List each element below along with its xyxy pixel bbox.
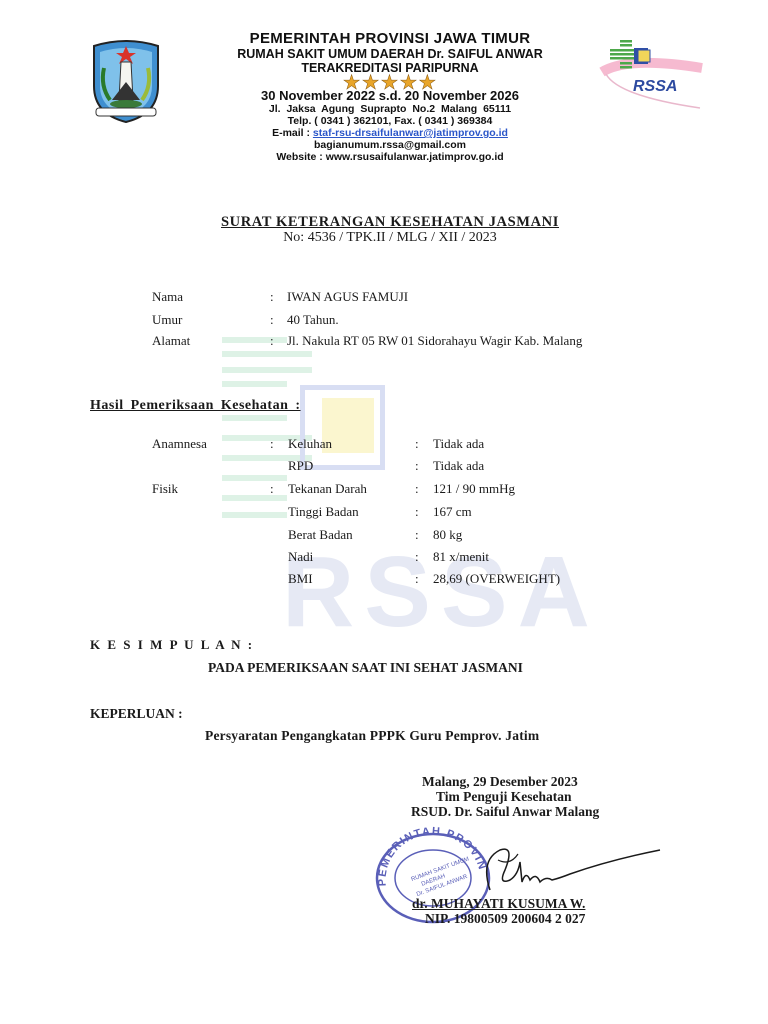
exam-item: Nadi [288,549,313,565]
header-accreditation-period: 30 November 2022 s.d. 20 November 2026 [200,88,580,103]
exam-group: Fisik [152,481,178,497]
identity-sep: : [270,312,274,328]
conclusion-text: PADA PEMERIKSAAN SAAT INI SEHAT JASMANI [208,660,523,676]
identity-label: Umur [152,312,182,328]
exam-value: Tidak ada [433,458,484,474]
identity-value: IWAN AGUS FAMUJI [287,289,408,305]
conclusion-heading: K E S I M P U L A N : [90,637,254,653]
header-phone: Telp. ( 0341 ) 362101, Fax. ( 0341 ) 369… [200,115,580,127]
watermark-stripe [222,475,287,481]
email-label: E-mail : [272,127,313,139]
signature-institution: RSUD. Dr. Saiful Anwar Malang [411,804,599,820]
exam-item: Tinggi Badan [288,504,359,520]
header-hospital: RUMAH SAKIT UMUM DAERAH Dr. SAIFUL ANWAR [200,47,580,61]
exam-sep: : [415,436,419,452]
identity-label: Nama [152,289,183,305]
header-email-2: bagianumum.rssa@gmail.com [200,139,580,151]
identity-value: Jl. Nakula RT 05 RW 01 Sidorahayu Wagir … [287,333,582,349]
exam-value: Tidak ada [433,436,484,452]
watermark-stripe [222,495,287,501]
header-email: E-mail : staf-rsu-drsaifulanwar@jatimpro… [200,127,580,139]
exam-item: RPD [288,458,313,474]
header-website: Website : www.rsusaifulanwar.jatimprov.g… [200,151,580,163]
header-address: Jl. Jaksa Agung Suprapto No.2 Malang 651… [200,103,580,115]
signature-place-date: Malang, 29 Desember 2023 [422,774,578,790]
watermark-stripe [222,415,287,421]
exam-group: Anamnesa [152,436,207,452]
watermark-stripe [222,351,312,357]
exam-sep: : [415,571,419,587]
exam-item: Tekanan Darah [288,481,367,497]
signature-team: Tim Penguji Kesehatan [436,789,572,805]
exam-sep: : [415,527,419,543]
exam-item: Keluhan [288,436,332,452]
identity-value: 40 Tahun. [287,312,339,328]
exam-sep: : [415,458,419,474]
watermark-stripe [222,337,287,343]
document-title: SURAT KETERANGAN KESEHATAN JASMANI [200,214,580,231]
exam-sep: : [415,504,419,520]
watermark-stripe [222,381,287,387]
document-number: No: 4536 / TPK.II / MLG / XII / 2023 [200,230,580,246]
exam-value: 167 cm [433,504,472,520]
exam-item: BMI [288,571,313,587]
signatory-name: dr. MUHAYATI KUSUMA W. [412,896,585,912]
exam-value: 81 x/menit [433,549,489,565]
exam-gsep: : [270,481,274,497]
exam-item: Berat Badan [288,527,353,543]
identity-sep: : [270,333,274,349]
exam-value: 80 kg [433,527,462,543]
jawa-timur-logo-icon [88,38,164,124]
purpose-heading: KEPERLUAN : [90,706,183,722]
watermark-stripe [222,367,312,373]
header-province: PEMERINTAH PROVINSI JAWA TIMUR [200,30,580,47]
watermark-stripe [222,512,287,518]
rssa-logo-text: RSSA [633,78,677,96]
identity-sep: : [270,289,274,305]
email-link[interactable]: staf-rsu-drsaifulanwar@jatimprov.go.id [313,127,508,139]
exam-value: 121 / 90 mmHg [433,481,515,497]
exam-heading: Hasil Pemeriksaan Kesehatan : [90,398,301,414]
exam-sep: : [415,481,419,497]
signatory-nip: NIP. 19800509 200604 2 027 [425,911,585,927]
handwritten-signature-icon [470,840,670,900]
exam-gsep: : [270,436,274,452]
exam-value: 28,69 (OVERWEIGHT) [433,571,560,587]
identity-label: Alamat [152,333,190,349]
rssa-logo-icon: RSSA [598,38,708,118]
exam-sep: : [415,549,419,565]
purpose-text: Persyaratan Pengangkatan PPPK Guru Pempr… [205,728,539,744]
